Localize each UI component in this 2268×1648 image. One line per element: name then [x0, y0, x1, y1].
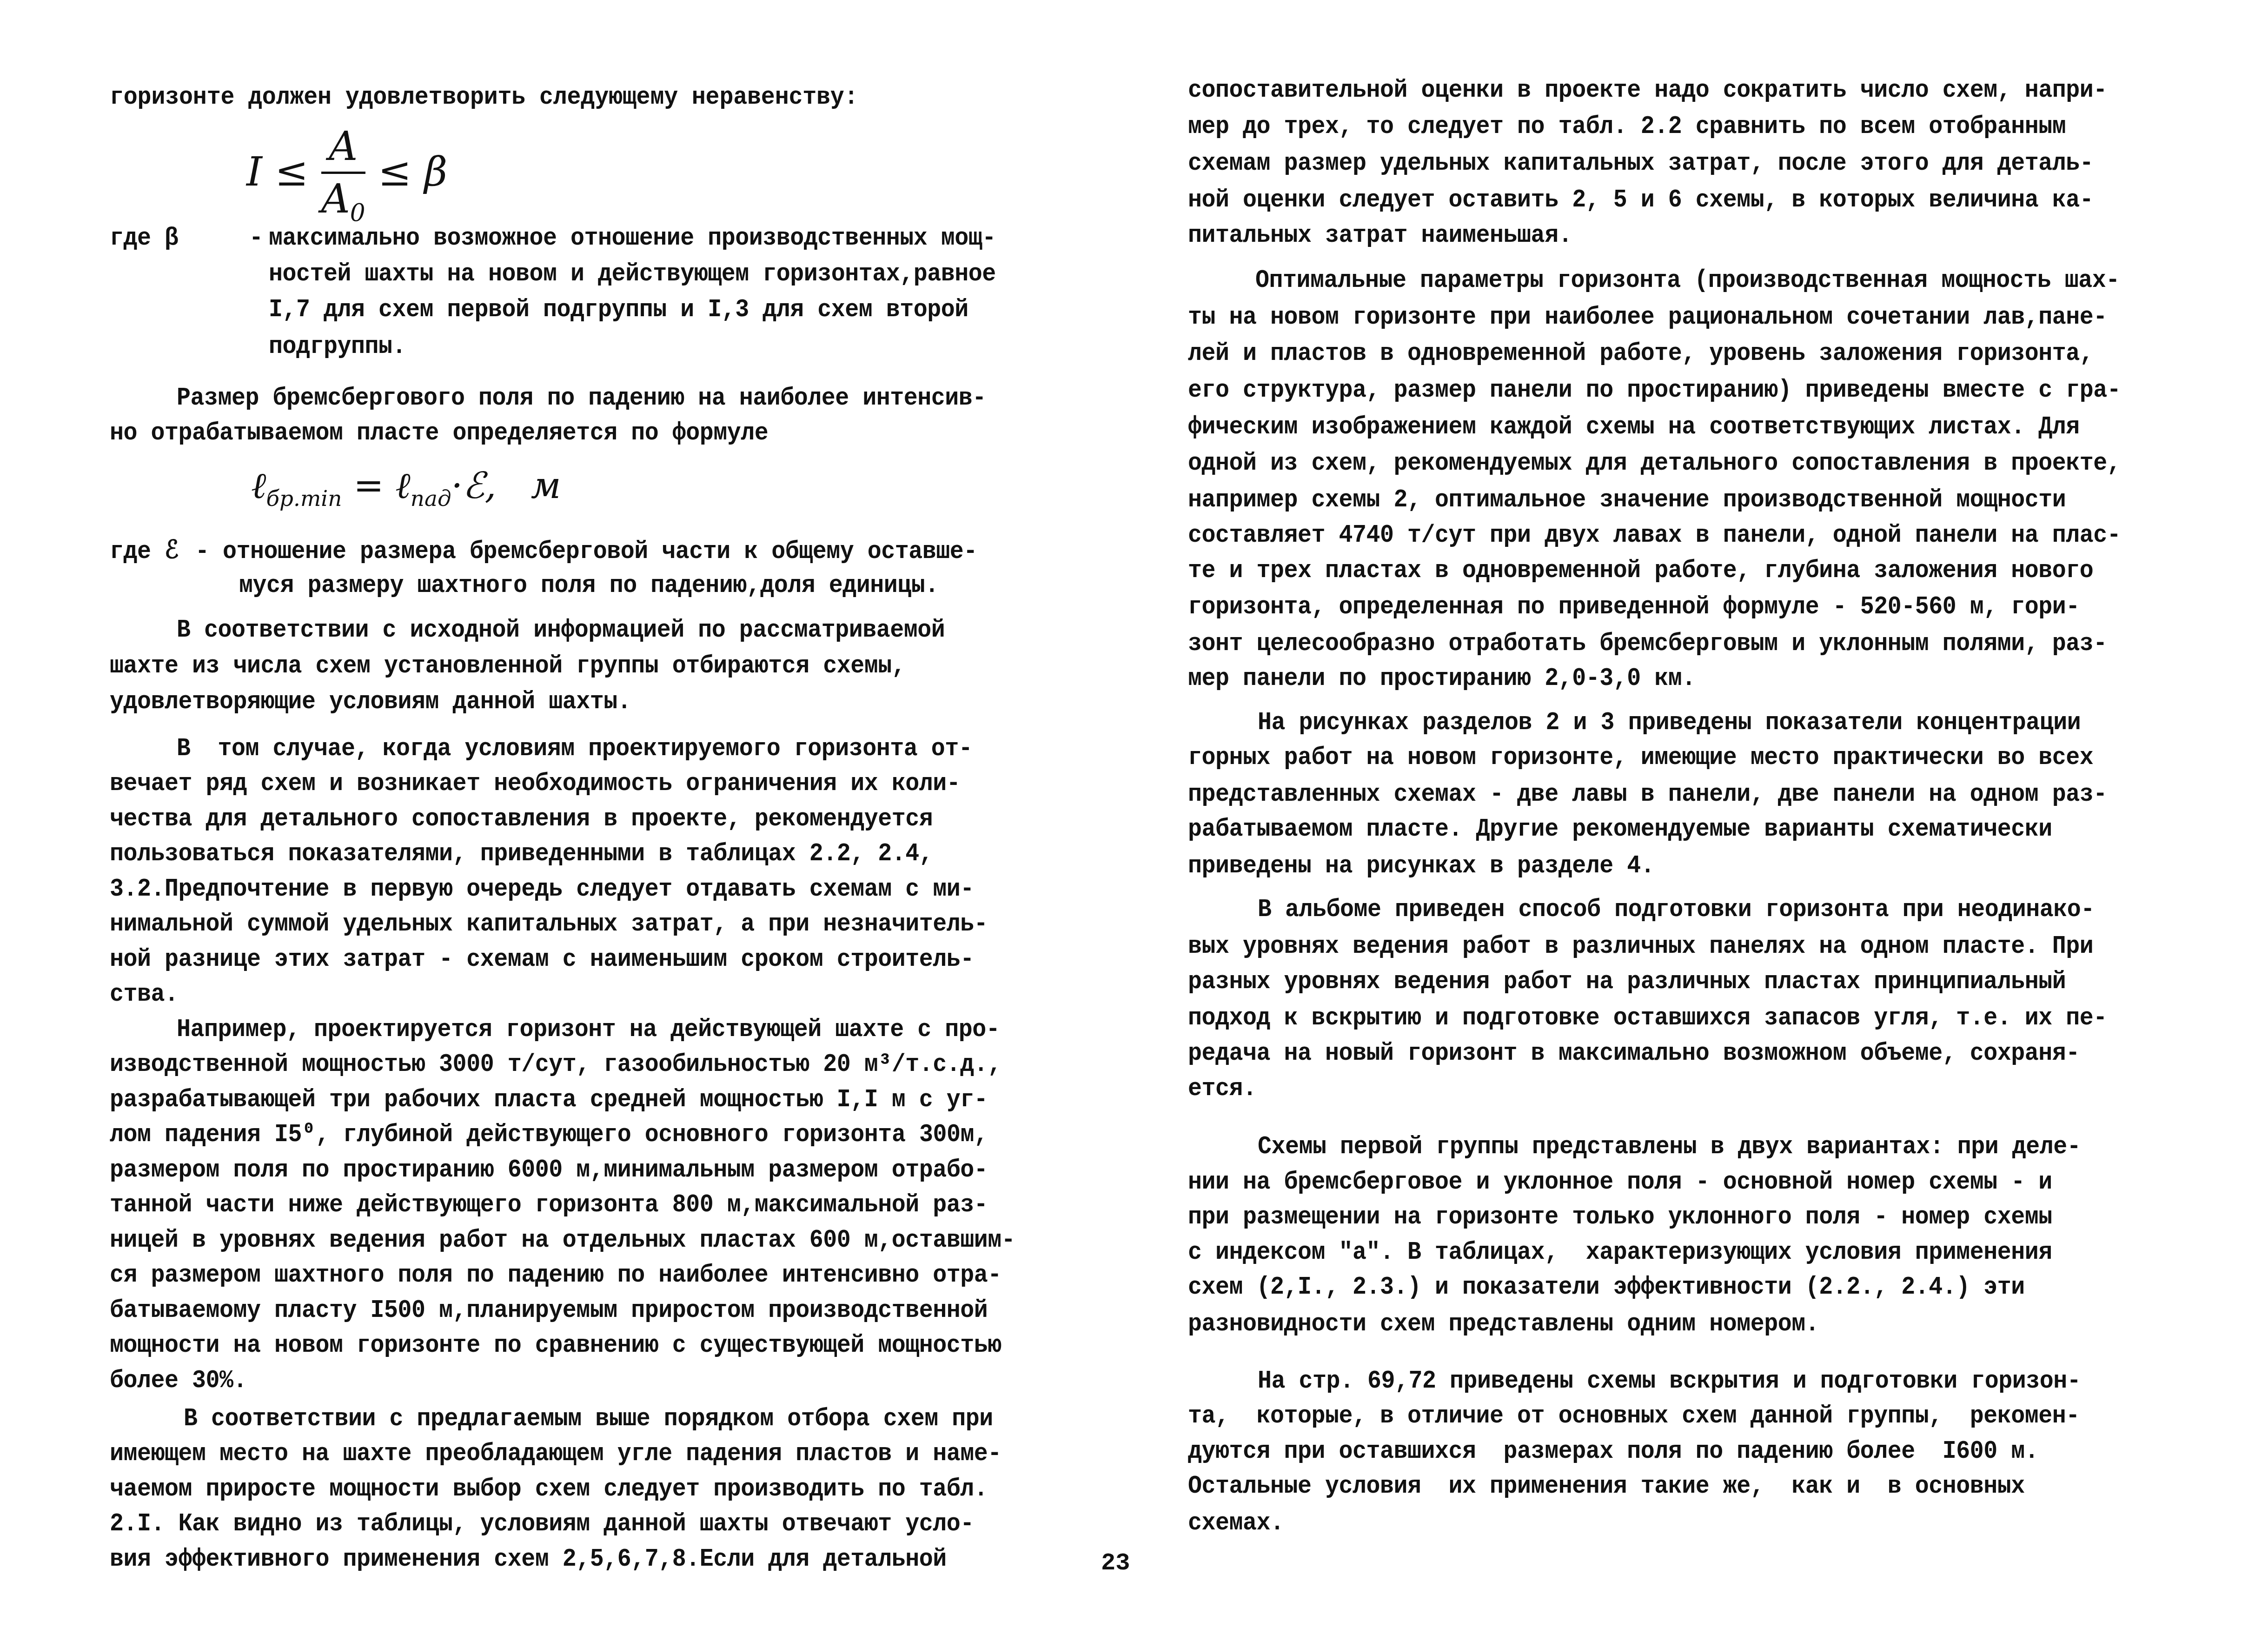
text-line: танной части ниже действующего горизонта… — [110, 1190, 988, 1221]
formula-lhs: I ≤ — [246, 149, 308, 195]
text-line: размером поля по простиранию 6000 м,мини… — [110, 1156, 988, 1186]
definition-dash: - — [249, 224, 263, 254]
text-line: разновидности схем представлены одним но… — [1188, 1309, 1819, 1340]
text-line: На стр. 69,72 приведены схемы вскрытия и… — [1258, 1367, 2081, 1397]
text-line: ся размером шахтного поля по падению по … — [110, 1261, 1001, 1291]
formula-rhs: ≤ β — [378, 149, 447, 195]
where-beta-label: где β — [110, 224, 179, 254]
text-line: 2.I. Как видно из таблицы, условиям данн… — [110, 1509, 974, 1540]
text-line: его структура, размер панели по простира… — [1188, 376, 2121, 406]
text-line: ется. — [1188, 1074, 1257, 1104]
text-line: максимально возможное отношение производ… — [269, 224, 996, 254]
text-line: подход к вскрытию и подготовке оставшихс… — [1188, 1003, 2107, 1034]
formula-unit: , м — [485, 465, 561, 507]
page-number: 23 — [1101, 1549, 1130, 1577]
text-line: Схемы первой группы представлены в двух … — [1258, 1132, 2081, 1163]
formula-fraction: A A0 — [321, 123, 365, 227]
text-line: зонт целесообразно отработать бремсберго… — [1188, 629, 2107, 659]
text-line: лей и пластов в одновременной работе, ур… — [1188, 339, 2093, 369]
text-line: приведены на рисунках в разделе 4. — [1188, 851, 1654, 882]
text-line: вечает ряд схем и возникает необходимост… — [110, 769, 960, 799]
text-line: схемах. — [1188, 1508, 1284, 1539]
text-line: при размещении на горизонте только уклон… — [1188, 1203, 2052, 1233]
text-line: разрабатывающей три рабочих пласта средн… — [110, 1085, 988, 1116]
where-eps-label: где ℰ — [110, 537, 179, 567]
formula-denominator: A0 — [321, 174, 365, 227]
text-line: 3.2.Предпочтение в первую очередь следуе… — [110, 875, 974, 905]
text-line: Остальные условия их применения такие же… — [1188, 1472, 2025, 1502]
text-line: горизонта, определенная по приведенной ф… — [1188, 592, 2080, 623]
text-line: I,7 для схем первой подгруппы и I,3 для … — [269, 295, 968, 326]
text-line: мер до трех, то следует по табл. 2.2 сра… — [1188, 112, 2066, 142]
text-line: фическим изображением каждой схемы на со… — [1188, 412, 2080, 443]
text-line: те и трех пластах в одновременной работе… — [1188, 556, 2093, 586]
formula-ratio-inequality: I ≤ A A0 ≤ β — [246, 123, 447, 227]
text-line: дуются при оставшихся размерах поля по п… — [1188, 1437, 2038, 1467]
text-line: сопоставительной оценки в проекте надо с… — [1188, 76, 2107, 106]
text-line: подгруппы. — [269, 332, 406, 362]
text-line: чества для детального сопоставления в пр… — [110, 804, 933, 835]
text-line: например схемы 2, оптимальное значение п… — [1188, 485, 2066, 516]
text-line: питальных затрат наименьшая. — [1188, 221, 1572, 251]
text-line: изводственной мощностью 3000 т/сут, газо… — [110, 1050, 1001, 1080]
text-line: удовлетворяющие условиям данной шахты. — [110, 687, 631, 718]
text-line: вия эффективного применения схем 2,5,6,7… — [110, 1545, 947, 1575]
text-line: составляет 4740 т/сут при двух лавах в п… — [1188, 521, 2121, 551]
text-line: В альбоме приведен способ подготовки гор… — [1258, 895, 2095, 925]
text-line: имеющем место на шахте преобладающем угл… — [110, 1439, 1001, 1469]
formula-numerator: A — [321, 123, 365, 174]
formula-equals: = — [353, 465, 384, 507]
text-line: разных уровнях ведения работ на различны… — [1188, 967, 2066, 997]
formula-epsilon: ·ℰ — [451, 465, 485, 507]
text-line: схем (2,I., 2.3.) и показатели эффективн… — [1188, 1273, 2025, 1303]
text-line: ностей шахты на новом и действующем гори… — [269, 259, 996, 290]
formula-rhs: ℓ — [395, 465, 411, 507]
text-line: ной разнице этих затрат - схемам с наиме… — [110, 945, 974, 975]
text-line: лом падения I5⁰, глубиной действующего о… — [110, 1120, 988, 1150]
text-line: более 30%. — [110, 1366, 247, 1396]
formula-den-sub: 0 — [350, 199, 365, 227]
text-line: Оптимальные параметры горизонта (произво… — [1255, 266, 2120, 296]
text-line: ницей в уровнях ведения работ на отдельн… — [110, 1226, 1015, 1256]
text-line: муся размеру шахтного поля по падению,до… — [239, 571, 939, 601]
text-line: схемам размер удельных капитальных затра… — [1188, 149, 2093, 179]
document-page-spread: горизонте должен удовлетворить следующем… — [0, 0, 2268, 1648]
formula-lhs: ℓ — [251, 465, 266, 507]
text-line: редача на новый горизонт в максимально в… — [1188, 1039, 2080, 1069]
text-line: На рисунках разделов 2 и 3 приведены пок… — [1258, 708, 2081, 738]
text-line: чаемом приросте мощности выбор схем след… — [110, 1475, 988, 1505]
text-line: рабатываемом пласте. Другие рекомендуемы… — [1188, 815, 2052, 845]
text-line: В соответствии с исходной информацией по… — [177, 616, 945, 646]
text-line: горизонте должен удовлетворить следующем… — [110, 83, 1086, 113]
text-line: горных работ на новом горизонте, имеющие… — [1188, 743, 2093, 773]
text-line: Размер бремсбергового поля по падению на… — [177, 384, 986, 414]
text-line: В том случае, когда условиям проектируем… — [177, 734, 972, 764]
formula-rhs-sub: пад — [411, 486, 451, 512]
text-line: ной оценки следует оставить 2, 5 и 6 схе… — [1188, 186, 2093, 216]
text-line: ства. — [110, 980, 179, 1010]
text-line: пользоваться показателями, приведенными … — [110, 839, 933, 870]
text-line: та, которые, в отличие от основных схем … — [1188, 1402, 2080, 1432]
text-line: батываемому пласту I500 м,планируемым пр… — [110, 1296, 988, 1326]
text-line: мощности на новом горизонте по сравнению… — [110, 1331, 1001, 1361]
text-line: шахте из числа схем установленной группы… — [110, 651, 905, 682]
text-line: нимальной суммой удельных капитальных за… — [110, 910, 988, 940]
text-line: но отрабатываемом пласте определяется по… — [110, 419, 768, 449]
text-line: с индексом "а". В таблицах, характеризую… — [1188, 1238, 2052, 1268]
text-line: представленных схемах - две лавы в панел… — [1188, 780, 2107, 810]
text-line: вых уровнях ведения работ в различных па… — [1188, 932, 2093, 962]
text-line: ты на новом горизонте при наиболее рацио… — [1188, 303, 2107, 333]
text-line: В соответствии с предлагаемым выше поряд… — [184, 1404, 993, 1435]
text-line: Например, проектируется горизонт на дейс… — [177, 1015, 1000, 1045]
text-line: - отношение размера бремсберговой части … — [195, 537, 977, 567]
text-line: мер панели по простиранию 2,0-3,0 км. — [1188, 664, 1696, 694]
formula-lhs-sub: бр.min — [266, 486, 342, 512]
formula-den-base: A — [321, 176, 350, 222]
text-line: одной из схем, рекомендуемых для детальн… — [1188, 449, 2121, 479]
text-line: нии на бремсберговое и уклонное поля - о… — [1188, 1168, 2052, 1198]
formula-bremsberg-length: ℓбр.min = ℓпад·ℰ, м — [251, 465, 561, 512]
